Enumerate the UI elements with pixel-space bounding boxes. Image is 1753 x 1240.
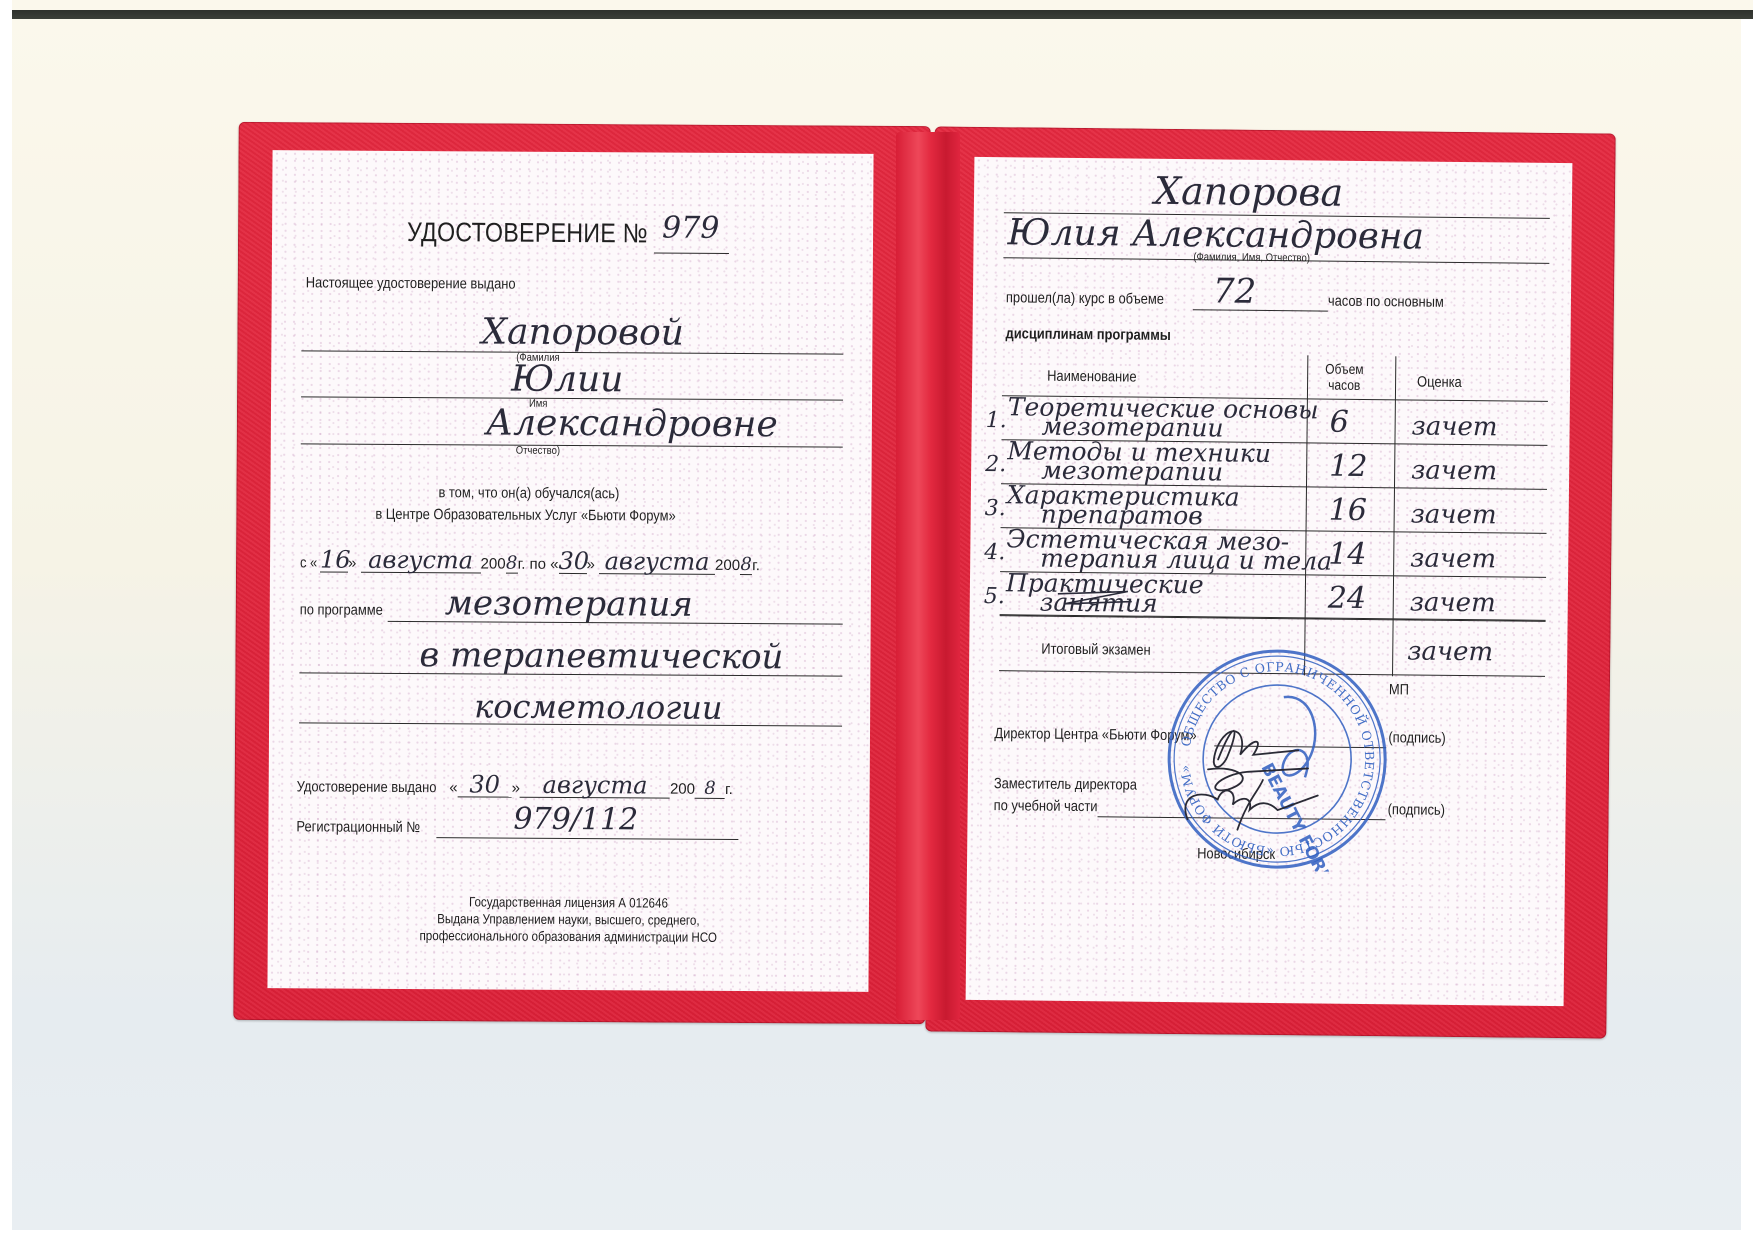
scanner-margin-left <box>0 0 12 1240</box>
deputy-label-line1: Заместитель директора <box>994 775 1137 793</box>
date-from-day: 16 <box>320 545 351 573</box>
booklet-spine <box>896 132 960 1020</box>
disciplines-label: дисциплинам программы <box>1005 325 1170 344</box>
date-from-year-digit: 8 <box>506 553 518 574</box>
final-exam-grade: зачет <box>1407 636 1493 667</box>
scanner-margin-right <box>1741 19 1753 1240</box>
date-to-year-digit: 8 <box>740 554 752 575</box>
issue-year-digit: 8 <box>704 778 716 799</box>
deputy-signature-caption: (подпись) <box>1388 801 1446 819</box>
registration-line <box>436 837 738 840</box>
license-info: Государственная лицензия А 012646 Выдана… <box>268 892 869 947</box>
row-hours: 14 <box>1328 537 1367 572</box>
date-suffix: г. <box>752 557 760 574</box>
cancellation-z-mark <box>1050 588 1140 613</box>
recipient-first-name: Юлии <box>511 359 624 401</box>
program-line-2: в терапевтической <box>419 635 783 677</box>
recipient-surname: Хапоровой <box>481 311 684 353</box>
course-hours: 72 <box>1213 271 1257 311</box>
issue-month: августа <box>543 771 648 800</box>
row-number: 3. <box>985 496 1006 521</box>
row-grade: зачет <box>1410 587 1496 618</box>
program-line-1: мезотерапия <box>445 583 693 625</box>
quote-close: » <box>587 556 595 573</box>
course-volume-label: прошел(ла) курс в объеме <box>1006 289 1164 308</box>
row-number: 1. <box>986 408 1007 433</box>
certificate-number: 979 <box>662 211 719 246</box>
row-grade: зачет <box>1410 543 1496 574</box>
row-grade: зачет <box>1411 499 1497 530</box>
program-label: по программе <box>300 601 383 619</box>
issue-date-label: Удостоверение выдано <box>297 778 437 796</box>
seal-place-label: МП <box>1389 681 1409 698</box>
row-hours: 16 <box>1329 493 1368 528</box>
date-from-month: августа <box>368 546 473 575</box>
quote-close: » <box>348 555 356 572</box>
date-to-month: августа <box>605 547 710 576</box>
final-exam-label: Итоговый экзамен <box>1041 641 1151 659</box>
deputy-label-line2: по учебной части <box>994 797 1098 815</box>
year-prefix: 200 <box>715 557 740 574</box>
header-hours-line2: часов <box>1325 377 1364 393</box>
date-from-prefix: с « <box>300 554 317 571</box>
row-hours: 24 <box>1328 581 1367 616</box>
issue-year-prefix: 200 <box>670 781 695 798</box>
issue-suffix: г. <box>725 781 733 798</box>
certificate-title: УДОСТОВЕРЕНИЕ № <box>407 217 648 249</box>
row-number: 4. <box>984 540 1005 565</box>
name-caption: (Фамилия, Имя, Отчество) <box>1193 251 1310 264</box>
row-number: 5. <box>984 584 1005 609</box>
license-line-3: профессионального образования администра… <box>310 926 827 946</box>
date-to-day: 30 <box>558 547 589 575</box>
row-grade: зачет <box>1411 411 1497 442</box>
left-page: УДОСТОВЕРЕНИЕ № 979 Настоящее удостовере… <box>267 150 873 992</box>
header-grade: Оценка <box>1417 374 1462 391</box>
studied-text: в том, что он(а) обучался(ась) <box>438 484 619 502</box>
year-prefix: 200 <box>481 555 506 572</box>
table-column-divider-2 <box>1392 356 1396 676</box>
recipient-patronymic: Александровне <box>486 402 778 445</box>
graduate-surname: Хапорова <box>1154 169 1343 215</box>
scanner-margin-bottom <box>0 1230 1753 1240</box>
signature-scribbles <box>1177 699 1378 841</box>
issued-to-label: Настоящее удостоверение выдано <box>306 274 516 292</box>
row-grade: зачет <box>1411 455 1497 486</box>
date-mid-text: г. по « <box>518 556 559 573</box>
director-signature-caption: (подпись) <box>1388 729 1446 747</box>
issue-date: Удостоверение выдано «30»августа2008г. <box>297 771 733 799</box>
number-underline <box>654 253 729 254</box>
patronymic-caption: Отчество) <box>516 445 560 457</box>
scanner-edge-top <box>12 10 1753 19</box>
header-hours: Объем часов <box>1325 361 1364 393</box>
header-name: Наименование <box>1047 368 1137 386</box>
issue-day: 30 <box>469 770 500 798</box>
program-line-3: косметологии <box>474 687 723 727</box>
hours-label: часов по основным <box>1328 293 1444 311</box>
row-hours: 12 <box>1329 449 1368 484</box>
training-center-text: в Центре Образовательных Услуг «Бьюти Фо… <box>375 506 675 525</box>
row-number: 2. <box>985 452 1006 477</box>
row-hours: 6 <box>1329 405 1348 440</box>
study-dates: с «16» августа2008г. по «30» августа2008… <box>300 547 760 575</box>
right-page: Хапорова Юлия Александровна (Фамилия, Им… <box>966 157 1573 1006</box>
registration-label: Регистрационный № <box>296 818 420 836</box>
registration-number: 979/112 <box>513 802 638 838</box>
header-hours-line1: Объем <box>1325 361 1364 377</box>
